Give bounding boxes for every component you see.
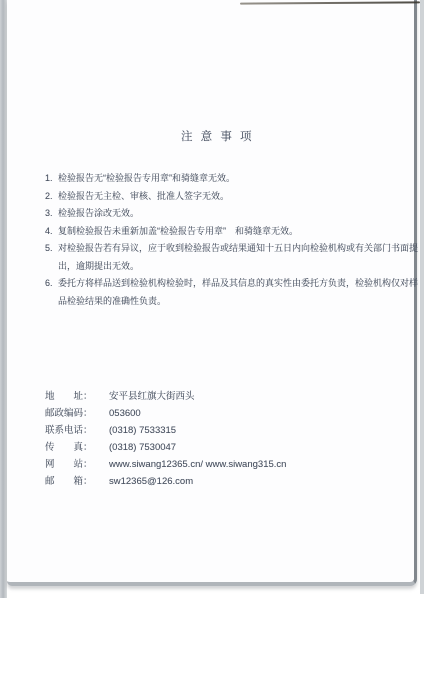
- notice-item-text: 委托方将样品送到检验机构检验时，样品及其信息的真实性由委托方负责，检验机构仅对样…: [58, 275, 418, 310]
- scanned-document: 注 意 事 项 1. 检验报告无“检验报告专用章”和骑缝章无效。 2. 检验报告…: [0, 0, 424, 700]
- notice-item: 1. 检验报告无“检验报告专用章”和骑缝章无效。: [45, 170, 413, 188]
- contact-value: 053600: [109, 405, 141, 422]
- notice-item-text: 检验报告无“检验报告专用章”和骑缝章无效。: [58, 170, 235, 188]
- notice-item-number: 4.: [45, 223, 58, 241]
- notice-item-number: 1.: [45, 170, 58, 188]
- scan-left-edge: [0, 0, 7, 598]
- notice-item: 4. 复制检验报告未重新加盖“检验报告专用章” 和骑缝章无效。: [45, 223, 413, 241]
- contact-row-postcode: 邮政编码： 053600: [45, 405, 286, 422]
- contact-value: www.siwang12365.cn/ www.siwang315.cn: [109, 456, 286, 473]
- notice-item: 2. 检验报告无主检、审核、批准人签字无效。: [45, 188, 413, 206]
- notice-item-text: 对检验报告若有异议，应于收到检验报告或结果通知十五日内向检验机构或有关部门书面提…: [58, 240, 418, 275]
- notice-item-number: 2.: [45, 188, 58, 206]
- contact-value: (0318) 7533315: [109, 422, 176, 439]
- document-page: 注 意 事 项 1. 检验报告无“检验报告专用章”和骑缝章无效。 2. 检验报告…: [7, 0, 417, 586]
- contact-value: 安平县红旗大街西头: [109, 388, 195, 405]
- contact-row-address: 地 址： 安平县红旗大街西头: [45, 388, 286, 405]
- scan-right-edge: [420, 0, 424, 594]
- page-title: 注 意 事 项: [7, 128, 414, 144]
- contact-label: 联系电话：: [45, 422, 95, 439]
- contact-label: 地 址：: [45, 388, 95, 405]
- top-edge-scan-line: [240, 1, 420, 4]
- contact-row-phone: 联系电话： (0318) 7533315: [45, 422, 286, 439]
- contact-block: 地 址： 安平县红旗大街西头 邮政编码： 053600 联系电话： (0318)…: [45, 388, 286, 490]
- notice-item: 6. 委托方将样品送到检验机构检验时，样品及其信息的真实性由委托方负责，检验机构…: [45, 275, 413, 310]
- notice-item-number: 5.: [45, 240, 58, 258]
- contact-label: 网 站：: [45, 456, 95, 473]
- contact-label: 传 真：: [45, 439, 95, 456]
- notice-list: 1. 检验报告无“检验报告专用章”和骑缝章无效。 2. 检验报告无主检、审核、批…: [45, 170, 413, 310]
- notice-item: 5. 对检验报告若有异议，应于收到检验报告或结果通知十五日内向检验机构或有关部门…: [45, 240, 413, 275]
- contact-row-email: 邮 箱： sw12365@126.com: [45, 473, 286, 490]
- contact-value: sw12365@126.com: [109, 473, 193, 490]
- contact-label: 邮 箱：: [45, 473, 95, 490]
- notice-item-text: 检验报告涂改无效。: [58, 205, 139, 223]
- notice-item: 3. 检验报告涂改无效。: [45, 205, 413, 223]
- contact-value: (0318) 7530047: [109, 439, 176, 456]
- contact-row-fax: 传 真： (0318) 7530047: [45, 439, 286, 456]
- notice-item-number: 3.: [45, 205, 58, 223]
- notice-item-text: 复制检验报告未重新加盖“检验报告专用章” 和骑缝章无效。: [58, 223, 298, 241]
- contact-label: 邮政编码：: [45, 405, 95, 422]
- notice-item-number: 6.: [45, 275, 58, 293]
- contact-row-website: 网 站： www.siwang12365.cn/ www.siwang315.c…: [45, 456, 286, 473]
- notice-item-text: 检验报告无主检、审核、批准人签字无效。: [58, 188, 229, 206]
